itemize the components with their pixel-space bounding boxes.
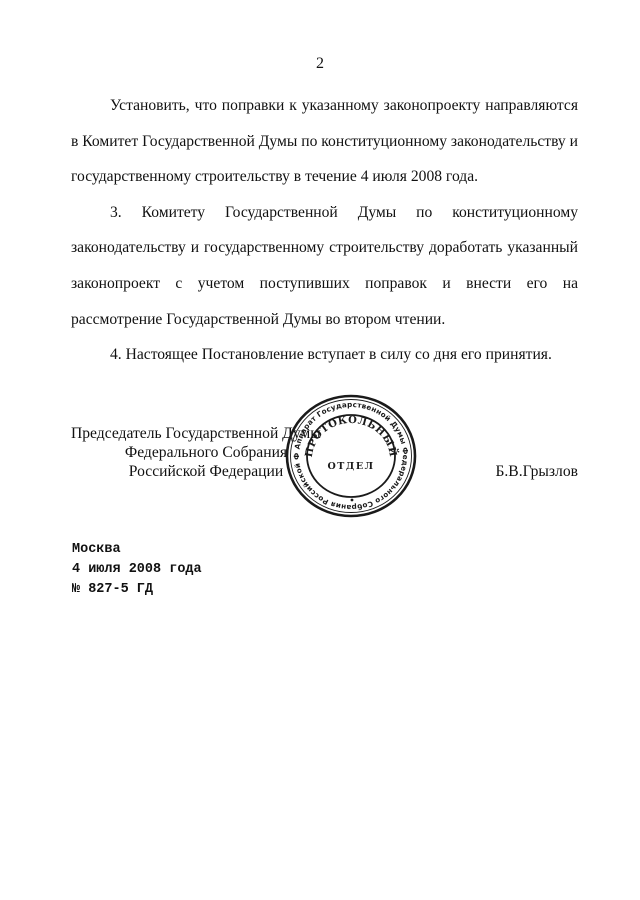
paragraph-item-3-first-line: 3. Комитету Государственной Думы по конс… (71, 195, 578, 231)
document-body: Установить, что поправки к указанному за… (71, 88, 578, 373)
paragraph-item-4: 4. Настоящее Постановление вступает в си… (71, 337, 578, 373)
page-number: 2 (0, 55, 640, 73)
paragraph-item-3: 3. Комитету Государственной Думы по конс… (71, 195, 578, 337)
official-stamp-icon: Аппарат Государственной Думы Федеральног… (284, 393, 418, 519)
footer-city: Москва (72, 540, 202, 560)
stamp-center-text: ОТДЕЛ (328, 461, 375, 472)
paragraph-item-3-rest: законодательству и государственному стро… (71, 239, 578, 327)
footer-date: 4 июля 2008 года (72, 560, 202, 580)
signatory-name: Б.В.Грызлов (495, 462, 578, 481)
document-footer: Москва 4 июля 2008 года № 827-5 ГД (72, 540, 202, 600)
paragraph-amendments-deadline: Установить, что поправки к указанному за… (71, 88, 578, 195)
footer-document-number: № 827-5 ГД (72, 580, 202, 600)
